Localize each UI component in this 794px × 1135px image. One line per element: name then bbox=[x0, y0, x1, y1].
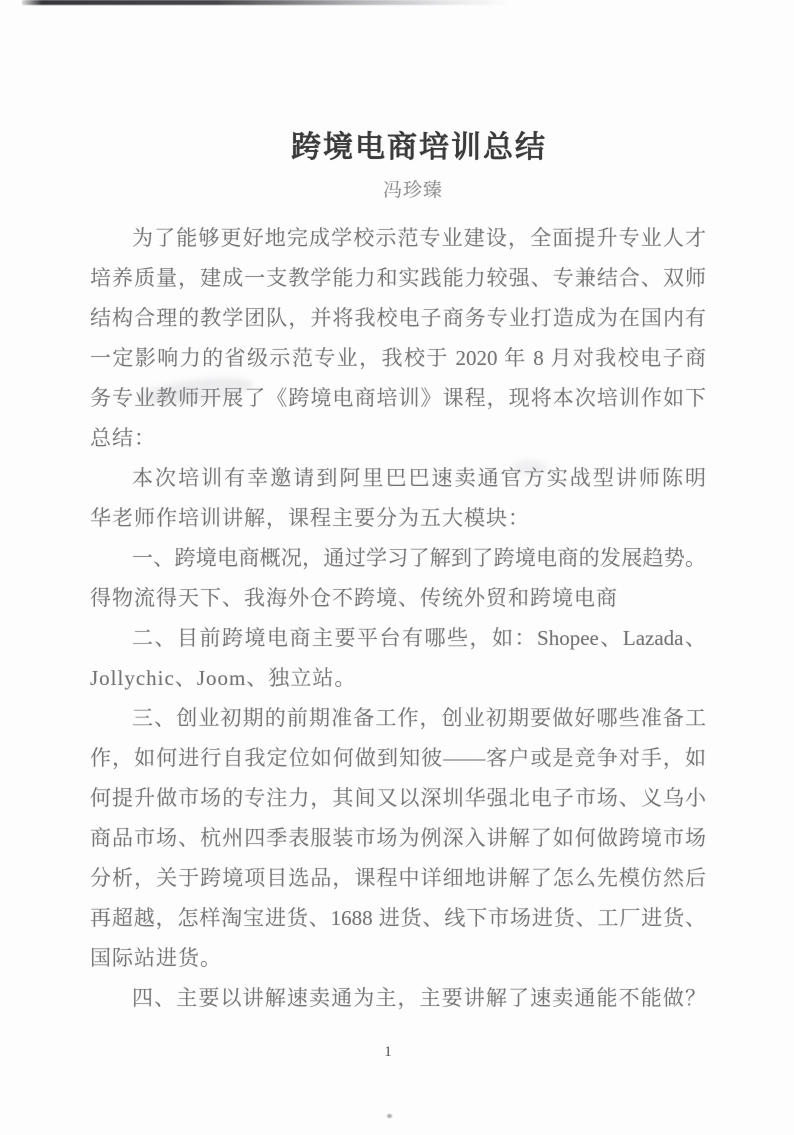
body-line: 结构合理的教学团队，并将我校电子商务专业打造成为在国内有 bbox=[90, 298, 706, 338]
body-line: 一、跨境电商概况，通过学习了解到了跨境电商的发展趋势。 bbox=[90, 538, 706, 578]
body-line: 培养质量，建成一支教学能力和实践能力较强、专兼结合、双师 bbox=[90, 258, 706, 298]
body-line: 三、创业初期的前期准备工作，创业初期要做好哪些准备工 bbox=[90, 698, 706, 738]
body-line: Jollychic、Joom、独立站。 bbox=[90, 658, 706, 698]
document-title: 跨境电商培训总结 bbox=[22, 122, 794, 166]
body-line: 华老师作培训讲解，课程主要分为五大模块： bbox=[90, 498, 706, 538]
body-line: 国际站进货。 bbox=[90, 938, 706, 978]
document-body: 为了能够更好地完成学校示范专业建设，全面提升专业人才 培养质量，建成一支教学能力… bbox=[90, 218, 706, 1018]
body-line: 何提升做市场的专注力，其间又以深圳华强北电子市场、义乌小 bbox=[90, 778, 706, 818]
body-line: 四、主要以讲解速卖通为主，主要讲解了速卖通能不能做？ bbox=[90, 978, 706, 1018]
body-line: 务专业教师开展了《跨境电商培训》课程，现将本次培训作如下 bbox=[90, 378, 706, 418]
body-line: 为了能够更好地完成学校示范专业建设，全面提升专业人才 bbox=[90, 218, 706, 258]
scan-artifact-top-edge bbox=[22, 0, 510, 5]
body-line: 一定影响力的省级示范专业，我校于 2020 年 8 月对我校电子商 bbox=[90, 338, 706, 378]
page-number: 1 bbox=[0, 1044, 785, 1061]
body-line: 二、目前跨境电商主要平台有哪些，如：Shopee、Lazada、 bbox=[90, 618, 706, 658]
body-line: 总结： bbox=[90, 418, 706, 458]
body-line: 作，如何进行自我定位如何做到知彼——客户或是竞争对手，如 bbox=[90, 738, 706, 778]
scan-artifact-speck bbox=[387, 1114, 392, 1118]
body-line: 分析，关于跨境项目选品，课程中详细地讲解了怎么先模仿然后 bbox=[90, 858, 706, 898]
body-line: 本次培训有幸邀请到阿里巴巴速卖通官方实战型讲师陈明 bbox=[90, 458, 706, 498]
body-line: 再超越，怎样淘宝进货、1688 进货、线下市场进货、工厂进货、 bbox=[90, 898, 706, 938]
body-line: 商品市场、杭州四季表服装市场为例深入讲解了如何做跨境市场 bbox=[90, 818, 706, 858]
scanned-document-page: 跨境电商培训总结 冯珍臻 为了能够更好地完成学校示范专业建设，全面提升专业人才 … bbox=[0, 0, 794, 1135]
author-name: 冯珍臻 bbox=[16, 175, 794, 202]
body-line: 得物流得天下、我海外仓不跨境、传统外贸和跨境电商 bbox=[90, 578, 706, 618]
